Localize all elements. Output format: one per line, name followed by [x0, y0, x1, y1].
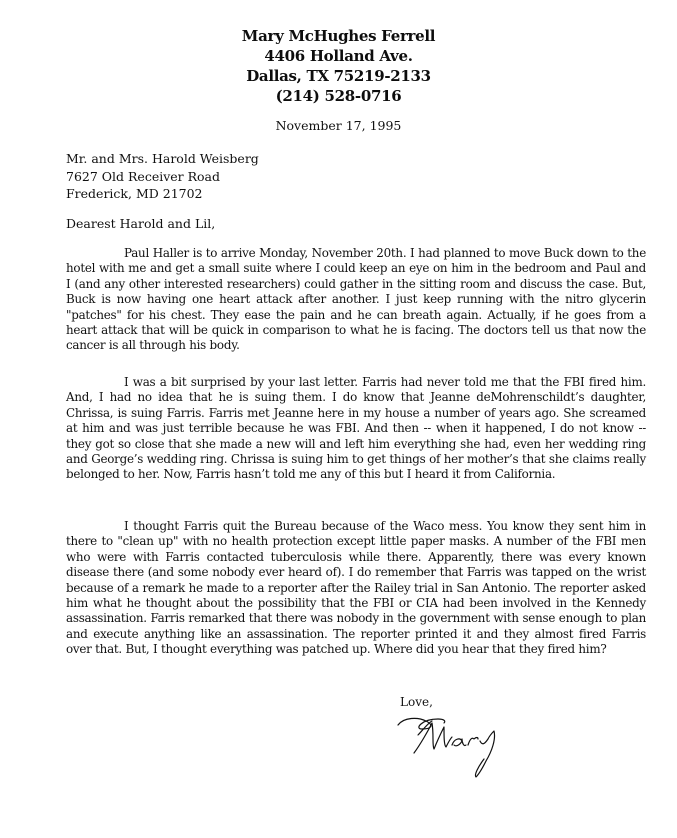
salutation: Dearest Harold and Lil,: [66, 216, 215, 231]
paragraph-text: I thought Farris quit the Bureau because…: [66, 519, 646, 658]
recipient-name: Mr. and Mrs. Harold Weisberg: [66, 150, 259, 168]
body-paragraph-2: I was a bit surprised by your last lette…: [66, 375, 646, 483]
body-paragraph-1: Paul Haller is to arrive Monday, Novembe…: [66, 246, 646, 354]
sender-city: Dallas, TX 75219-2133: [0, 66, 677, 86]
letterhead: Mary McHughes Ferrell 4406 Holland Ave. …: [0, 26, 677, 106]
signature-mary: Mary: [392, 705, 522, 785]
recipient-address: Mr. and Mrs. Harold Weisberg 7627 Old Re…: [66, 150, 259, 203]
body-paragraph-3: I thought Farris quit the Bureau because…: [66, 519, 646, 658]
sender-phone: (214) 528-0716: [0, 86, 677, 106]
sender-name: Mary McHughes Ferrell: [0, 26, 677, 46]
letter-date: November 17, 1995: [0, 118, 677, 133]
recipient-street: 7627 Old Receiver Road: [66, 168, 259, 186]
paragraph-text: I was a bit surprised by your last lette…: [66, 375, 646, 483]
sender-street: 4406 Holland Ave.: [0, 46, 677, 66]
recipient-city: Frederick, MD 21702: [66, 185, 259, 203]
paragraph-text: Paul Haller is to arrive Monday, Novembe…: [66, 246, 646, 354]
